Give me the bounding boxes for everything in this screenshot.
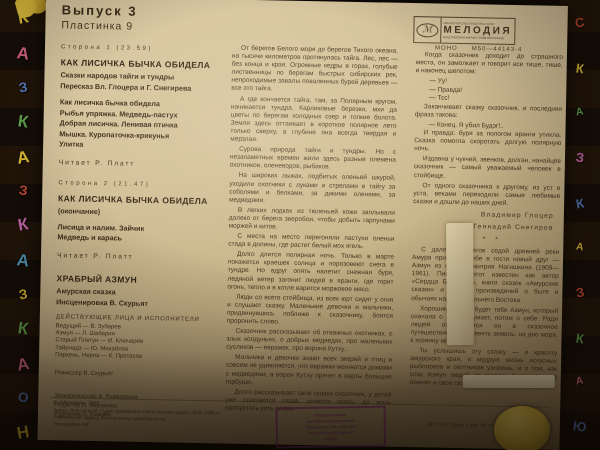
- cast-header: ДЕЙСТВУЮЩИЕ ЛИЦА И ИСПОЛНИТЕЛИ: [56, 314, 224, 323]
- side2-title-continuation: (окончание): [58, 206, 226, 218]
- work2-title: ХРАБРЫЙ АЗМУН: [56, 273, 224, 286]
- cover-letter: К: [17, 112, 30, 130]
- side1-tracks: Как лисичка бычка обидела Рыбья упряжка.…: [59, 97, 228, 153]
- stamp-line: библиотека ·139—42р·1958: [306, 425, 356, 429]
- track: Медведь и карась: [57, 232, 225, 246]
- cover-letter: С: [574, 16, 586, 30]
- cover-letter: О: [17, 391, 29, 406]
- cover-letter: К: [575, 331, 585, 345]
- side2-title: КАК ЛИСИЧКА БЫЧКА ОБИДЕЛА: [58, 193, 226, 206]
- side2-label: Сторона 2 (21.47): [58, 180, 226, 189]
- side1-label: Сторона 1 (23.59): [61, 44, 229, 53]
- work2-subtitle: Амурская сказка: [56, 286, 224, 298]
- paper-tear: [463, 375, 555, 388]
- author-signature: Геннадий Снегирев: [413, 222, 554, 234]
- price-line: Арт. 10-8. Цена 1 руб. 45 коп.: [428, 422, 497, 428]
- side1-reader: Читает Р. Платт: [59, 159, 227, 169]
- record-sleeve-back: Выпуск 3 Пластинка 9 ℳ МИНИСТЕРСТВО КУЛЬ…: [37, 0, 567, 450]
- tracklist-column: Сторона 1 (23.59) КАК ЛИСИЧКА БЫЧКА ОБИД…: [54, 44, 229, 422]
- essay-paragraph: От одного сказочника к другому, из уст в…: [413, 182, 560, 209]
- essay-paragraph: Мальчики и девочки знают всех зверей и п…: [226, 354, 393, 390]
- melodiya-emblem-icon: ℳ: [414, 17, 441, 43]
- cover-letter: А: [575, 107, 584, 119]
- stamp-line: Государственная: [315, 413, 347, 417]
- copyright-line: © «Мелодия», 1982: [53, 400, 99, 406]
- cover-letter: А: [576, 242, 585, 253]
- essay-paragraph: Заканчивает сказку сказочник, и последня…: [415, 103, 562, 122]
- side1-title: КАК ЛИСИЧКА БЫЧКА ОБИДЕЛА: [61, 57, 229, 70]
- author-signature: Владимир Глоцер: [413, 209, 554, 221]
- cover-letter: К: [16, 216, 29, 235]
- cover-letter: А: [15, 148, 30, 167]
- cover-letter: З: [18, 287, 29, 302]
- side1-subtitle: Сказки народов тайги и тундры: [60, 70, 228, 82]
- cover-letter: К: [575, 62, 585, 76]
- essay-paragraph: От берегов Белого моря до берегов Тихого…: [231, 45, 398, 97]
- label-name: МЕЛОДИЯ: [443, 25, 512, 36]
- essay-paragraph: Когда сказочник доходит до страшного мес…: [416, 51, 563, 78]
- cover-letter: А: [15, 355, 30, 374]
- side2-tracks: Лисица и налим. Зайчик Медведь и карась: [57, 222, 225, 246]
- stamp-line: НОТНО-МУЗЫКАЛЬНЫЙ: [308, 431, 353, 435]
- essay-paragraph: Долго длится полярная ночь. Только в мар…: [227, 251, 394, 295]
- essay-paragraph: Издавна у чукчей, эвенков, долган, нанай…: [414, 155, 561, 182]
- round-yellow-sticker: [494, 406, 550, 450]
- essay-paragraph: А где кончается тайга, там, за Полярным …: [230, 95, 397, 147]
- record-number: Пластинка 9: [61, 19, 133, 32]
- track: Улитка: [59, 139, 227, 153]
- cover-letter: А: [575, 377, 584, 389]
- cover-letter: А: [16, 251, 31, 270]
- cover-letter: З: [575, 285, 585, 299]
- cover-letter: Ю: [572, 420, 587, 435]
- library-stamp: Государственная республиканская детская …: [275, 406, 386, 449]
- section-separator: * * *: [412, 235, 559, 245]
- label-firm: ВСЕСОЮЗНАЯ ФИРМА ГРАМПЛАСТИНОК: [443, 36, 478, 39]
- essay-paragraph: С места на место перегоняли пастухи олен…: [228, 233, 394, 252]
- work2-adaptation: Инсценировка В. Скурьят: [56, 297, 224, 309]
- cover-letter: З: [575, 151, 585, 165]
- label-ministry: МИНИСТЕРСТВО КУЛЬТУРЫ СССР: [444, 22, 479, 25]
- director-credit: Режиссер В. Скурьят: [55, 370, 223, 379]
- essay-paragraph: Сказочник рассказывает об отважных охотн…: [226, 328, 392, 355]
- essay-paragraph: С далеких берегов седой древней реки Аму…: [411, 246, 559, 305]
- stamp-line: республиканская детская: [307, 419, 354, 423]
- cover-letter: К: [575, 196, 585, 210]
- cover-letter: А: [16, 44, 31, 63]
- cast-list: Ведущий — В. Зубарев Азмун — Л. Шабарин …: [55, 323, 224, 363]
- cover-letter: З: [18, 184, 28, 199]
- cover-letter: К: [17, 319, 30, 337]
- essay-paragraph: Хорошим другом будет тебе Азмун, который…: [410, 305, 558, 348]
- stamp-line: ОТДЕЛ: [325, 437, 338, 441]
- essay-paragraph: На широких лыжах, подбитых оленьей шкуро…: [229, 172, 396, 208]
- photo-of-record-sleeve: { "header": { "issue": "Выпуск 3", "reco…: [0, 0, 600, 450]
- essay-paragraph: И правда: буря за пологом яранги утихла.…: [414, 129, 561, 156]
- melodiya-logo: ℳ МИНИСТЕРСТВО КУЛЬТУРЫ СССР МЕЛОДИЯ ВСЕ…: [413, 16, 515, 45]
- liner-notes-column-2: Когда сказочник доходит до страшного мес…: [410, 51, 563, 392]
- essay-paragraph: Сурова природа тайги и тундры. Но с неза…: [230, 146, 396, 173]
- essay-paragraph: Люди со всего стойбища, из всех юрт сидя…: [227, 293, 394, 329]
- cover-letter: З: [18, 80, 29, 95]
- cover-letter: Н: [15, 423, 30, 442]
- side1-retold-by: Пересказ Вл. Глоцера и Г. Снегирева: [60, 81, 228, 93]
- issue-number: Выпуск 3: [62, 2, 138, 18]
- essay-paragraph: В легких лодках из тюленьей кожи заплыва…: [229, 206, 395, 233]
- tape-repair-strip: [446, 223, 474, 345]
- side2-reader: Читает Р. Платт: [57, 252, 225, 262]
- liner-notes-column-1: От берегов Белого моря до берегов Тихого…: [225, 45, 398, 418]
